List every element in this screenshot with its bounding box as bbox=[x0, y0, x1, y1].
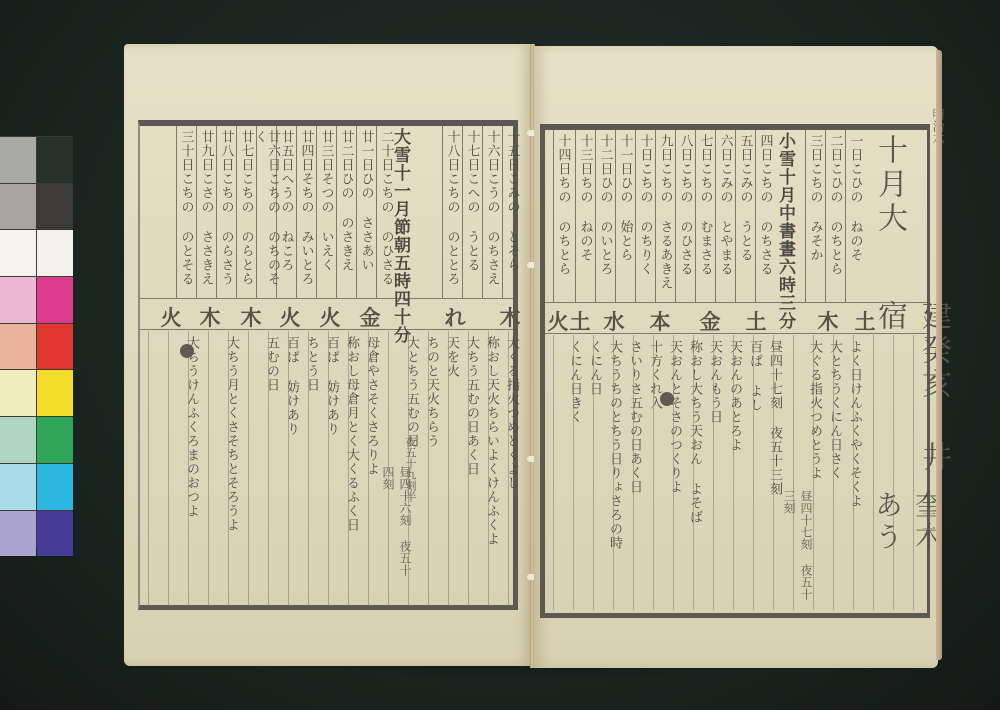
almanac-note: 天を火 bbox=[442, 336, 461, 606]
day-text: 十二日ひの のいとろ bbox=[599, 134, 612, 276]
margin-title: 明治六 bbox=[930, 108, 947, 168]
ruled-line bbox=[713, 335, 714, 610]
ruled-line bbox=[893, 335, 894, 610]
almanac-note: 百ぱ よし bbox=[745, 340, 764, 610]
ruled-line bbox=[653, 335, 654, 610]
day-column: 廿六日こちの のちのそく bbox=[256, 126, 275, 298]
day-column: 廿八日こちの のらさう bbox=[216, 126, 235, 298]
day-text: 三十日こちの のとそる bbox=[180, 130, 193, 286]
ruled-line bbox=[388, 331, 389, 606]
almanac-note: 大とちう五むの日 bbox=[402, 336, 421, 606]
left-weekday-row: 木れ金火火木木火 bbox=[140, 298, 513, 330]
ruled-line bbox=[448, 331, 449, 606]
almanac-note: くにん日 bbox=[585, 340, 604, 610]
ruled-line bbox=[673, 335, 674, 610]
weekday-glyph: 土 bbox=[741, 306, 771, 336]
ruled-line bbox=[813, 335, 814, 610]
day-column: 四日こちの のちさる bbox=[755, 130, 774, 302]
day-column: 三十日こちの のとそる bbox=[176, 126, 195, 298]
ruled-line bbox=[553, 335, 554, 610]
almanac-note: 五むの日 bbox=[262, 336, 281, 606]
day-text: 十六日こうの のちさえ bbox=[486, 130, 499, 286]
ruled-line bbox=[853, 335, 854, 610]
day-text: 廿一日ひの ささあい bbox=[360, 130, 373, 272]
day-text: 十四日ちの のちとら bbox=[557, 134, 570, 276]
weekday-glyph: 金 bbox=[695, 306, 725, 336]
almanac-note: 百ぱ 妨けあり bbox=[322, 336, 341, 606]
ruled-line bbox=[168, 331, 169, 606]
ruled-line bbox=[368, 331, 369, 606]
day-text: 十八日こちの のととろ bbox=[446, 130, 459, 286]
almanac-note: 称おし母倉月とく大くるふく日 bbox=[342, 336, 361, 606]
day-text: 廿七日こちの のらとら bbox=[240, 130, 253, 286]
day-text: 廿四日そちの みいとろ bbox=[300, 130, 313, 286]
almanac-note: 母倉やさそくさろりよ bbox=[362, 336, 381, 606]
weekday-glyph: れ bbox=[440, 302, 470, 332]
ruled-line bbox=[633, 335, 634, 610]
day-column: 廿三日そつの いえく bbox=[316, 126, 335, 298]
day-text: 廿三日そつの いえく bbox=[320, 130, 333, 272]
weekday-glyph: 木 bbox=[813, 306, 843, 336]
day-column: 七日こちの むまさる bbox=[695, 130, 714, 302]
almanac-note: 大くる指火つめとくよし bbox=[502, 336, 521, 606]
new-moon-marker bbox=[660, 392, 674, 406]
day-column: 二日こひの のちとら bbox=[825, 130, 844, 302]
color-swatch bbox=[0, 370, 36, 416]
ruled-line bbox=[753, 335, 754, 610]
day-text: 廿二日ひの のさきえ bbox=[340, 130, 353, 272]
ruled-line bbox=[613, 335, 614, 610]
day-column: 十八日こちの のととろ bbox=[442, 126, 461, 298]
weekday-glyph: 火 bbox=[543, 306, 573, 336]
day-text: 五日こみの うとる bbox=[739, 134, 752, 262]
ruled-line bbox=[288, 331, 289, 606]
weekday-glyph: 金 bbox=[355, 302, 385, 332]
day-column: 十七日こへの うとる bbox=[462, 126, 481, 298]
ruled-line bbox=[268, 331, 269, 606]
weekday-glyph: 木 bbox=[195, 302, 225, 332]
ruled-line bbox=[693, 335, 694, 610]
left-upper-columns: 十五日こみの とそら十六日こうの のちさえ十七日こへの うとる十八日こちの のと… bbox=[140, 126, 513, 298]
day-column: 三日こちの みそか bbox=[805, 130, 824, 302]
day-text: 廿八日こちの のらさう bbox=[220, 130, 233, 286]
ruled-line bbox=[913, 335, 914, 610]
almanac-note: 天おんとそさのつくりよ bbox=[665, 340, 684, 610]
almanac-note: ちのと天火ちらう bbox=[422, 336, 441, 606]
almanac-note: ちとう日 bbox=[302, 336, 321, 606]
day-text: 廿九日こさの ささきえ bbox=[200, 130, 213, 286]
color-swatch bbox=[0, 417, 36, 463]
color-swatch bbox=[37, 277, 73, 323]
day-text: 十日こちの のちりく bbox=[639, 134, 652, 276]
ruled-line bbox=[593, 335, 594, 610]
right-page: 一日こひの ねのそ二日こひの のちとら三日こちの みそか四日こちの のちさる五日… bbox=[534, 46, 938, 668]
weekday-glyph: 木 bbox=[236, 302, 266, 332]
ruled-line bbox=[328, 331, 329, 606]
almanac-note: 大ちうけんふくろまのおつよ bbox=[182, 336, 201, 606]
color-swatch bbox=[0, 464, 36, 510]
day-column: 六日こみの とやまる bbox=[715, 130, 734, 302]
day-text: 廿五日へうの ねころ bbox=[280, 130, 293, 272]
ruled-line bbox=[428, 331, 429, 606]
day-text: 廿六日こちの のちのそく bbox=[253, 130, 279, 298]
day-text: 一日こひの ねのそ bbox=[849, 134, 862, 262]
day-text: 二日こひの のちとら bbox=[829, 134, 842, 276]
day-column: 廿二日ひの のさきえ bbox=[336, 126, 355, 298]
day-column: 廿九日こさの ささきえ bbox=[196, 126, 215, 298]
color-swatch bbox=[37, 417, 73, 463]
day-text: 三日こちの みそか bbox=[809, 134, 822, 262]
almanac-note: くにん日きく bbox=[565, 340, 584, 610]
almanac-note: 百ぱ 妨けあり bbox=[282, 336, 301, 606]
ruled-line bbox=[488, 331, 489, 606]
ruled-line bbox=[188, 331, 189, 606]
page-number: 十一 bbox=[918, 508, 938, 548]
color-swatch bbox=[37, 137, 73, 183]
color-checker bbox=[0, 136, 72, 548]
day-column: 十六日こうの のちさえ bbox=[482, 126, 501, 298]
almanac-note: 天おんのあとろよ bbox=[725, 340, 744, 610]
day-text: 十一日ひの 始とら bbox=[619, 134, 632, 262]
color-swatch bbox=[0, 511, 36, 557]
day-column: 十日こちの のちりく bbox=[635, 130, 654, 302]
day-column: 八日こちの のひさる bbox=[675, 130, 694, 302]
almanac-note: 大ぐる指火つめとうよ bbox=[805, 340, 824, 610]
ruled-line bbox=[348, 331, 349, 606]
ruled-line bbox=[733, 335, 734, 610]
weekday-glyph: 本 bbox=[645, 306, 675, 336]
day-column: 廿四日そちの みいとろ bbox=[296, 126, 315, 298]
almanac-note: 大ちうちのとちう日りょさろの時 bbox=[605, 340, 624, 610]
ruled-line bbox=[308, 331, 309, 606]
almanac-note: さいりさ五むの日あく日 bbox=[625, 340, 644, 610]
color-swatch bbox=[37, 464, 73, 510]
color-swatch bbox=[0, 230, 36, 276]
color-swatch bbox=[37, 184, 73, 230]
day-column: 十四日ちの のちとら bbox=[553, 130, 572, 302]
day-column: 一日こひの ねのそ bbox=[845, 130, 864, 302]
day-column: 十二日ひの のいとろ bbox=[595, 130, 614, 302]
color-swatch bbox=[0, 277, 36, 323]
day-column: 十一日ひの 始とら bbox=[615, 130, 634, 302]
ruled-line bbox=[148, 331, 149, 606]
almanac-note: 昼四十七刻 夜五十三刻 bbox=[765, 340, 784, 610]
day-column: 九日こちの さるあきえ bbox=[655, 130, 674, 302]
color-swatch bbox=[37, 511, 73, 557]
weekday-glyph: 水 bbox=[599, 306, 629, 336]
weekday-glyph: 火 bbox=[275, 302, 305, 332]
almanac-note: 大ちう月とくさそちとそろうよ bbox=[222, 336, 241, 606]
color-swatch bbox=[37, 324, 73, 370]
left-page-frame: 十五日こみの とそら十六日こうの のちさえ十七日こへの うとる十八日こちの のと… bbox=[138, 120, 518, 610]
almanac-note: 称おし天火ちらいよくけんふくよ bbox=[482, 336, 501, 606]
ruled-line bbox=[833, 335, 834, 610]
day-text: 七日こちの むまさる bbox=[699, 134, 712, 276]
day-column: 廿七日こちの のらとら bbox=[236, 126, 255, 298]
almanac-note: 大ちう五むの日あく日 bbox=[462, 336, 481, 606]
day-text: 十三日ちの ねのそ bbox=[579, 134, 592, 262]
day-text: 十七日こへの うとる bbox=[466, 130, 479, 272]
weekday-glyph: 火 bbox=[315, 302, 345, 332]
ruled-line bbox=[773, 335, 774, 610]
day-column: 廿一日ひの ささあい bbox=[356, 126, 375, 298]
almanac-note: 称おし大ちう天おん よそば bbox=[685, 340, 704, 610]
month-title: 十月大 bbox=[867, 134, 911, 294]
day-text: 六日こみの とやまる bbox=[719, 134, 732, 276]
ruled-line bbox=[793, 335, 794, 610]
color-swatch bbox=[0, 184, 36, 230]
day-text: 十五日こみの とそら bbox=[506, 130, 519, 272]
color-swatch bbox=[0, 324, 36, 370]
color-swatch bbox=[0, 137, 36, 183]
ruled-line bbox=[248, 331, 249, 606]
right-page-frame: 一日こひの ねのそ二日こひの のちとら三日こちの みそか四日こちの のちさる五日… bbox=[540, 124, 930, 618]
almanac-note: 天おんもう日 bbox=[705, 340, 724, 610]
ruled-line bbox=[408, 331, 409, 606]
almanac-note: よく日けんふくやくそくよ bbox=[845, 340, 864, 610]
day-column: 五日こみの うとる bbox=[735, 130, 754, 302]
month-subtitle: 建癸亥 井宿 bbox=[867, 300, 955, 500]
color-swatch bbox=[37, 230, 73, 276]
day-text: 八日こちの のひさる bbox=[679, 134, 692, 276]
day-text: 四日こちの のちさる bbox=[759, 134, 772, 276]
weekday-glyph: 木 bbox=[495, 302, 525, 332]
ruled-line bbox=[468, 331, 469, 606]
almanac-note: 十方くれ入 bbox=[645, 340, 664, 610]
ruled-line bbox=[208, 331, 209, 606]
day-column: 十三日ちの ねのそ bbox=[575, 130, 594, 302]
new-moon-marker bbox=[180, 344, 194, 358]
almanac-note: 大とちうくにん日さく bbox=[825, 340, 844, 610]
day-column: 十五日こみの とそら bbox=[502, 126, 521, 298]
ruled-line bbox=[228, 331, 229, 606]
ruled-line bbox=[873, 335, 874, 610]
day-text: 九日こちの さるあきえ bbox=[659, 134, 672, 290]
color-swatch bbox=[37, 370, 73, 416]
ruled-line bbox=[573, 335, 574, 610]
weekday-glyph: 火 bbox=[156, 302, 186, 332]
ruled-line bbox=[508, 331, 509, 606]
left-page: 十五日こみの とそら十六日こうの のちさえ十七日こへの うとる十八日こちの のと… bbox=[124, 44, 532, 666]
